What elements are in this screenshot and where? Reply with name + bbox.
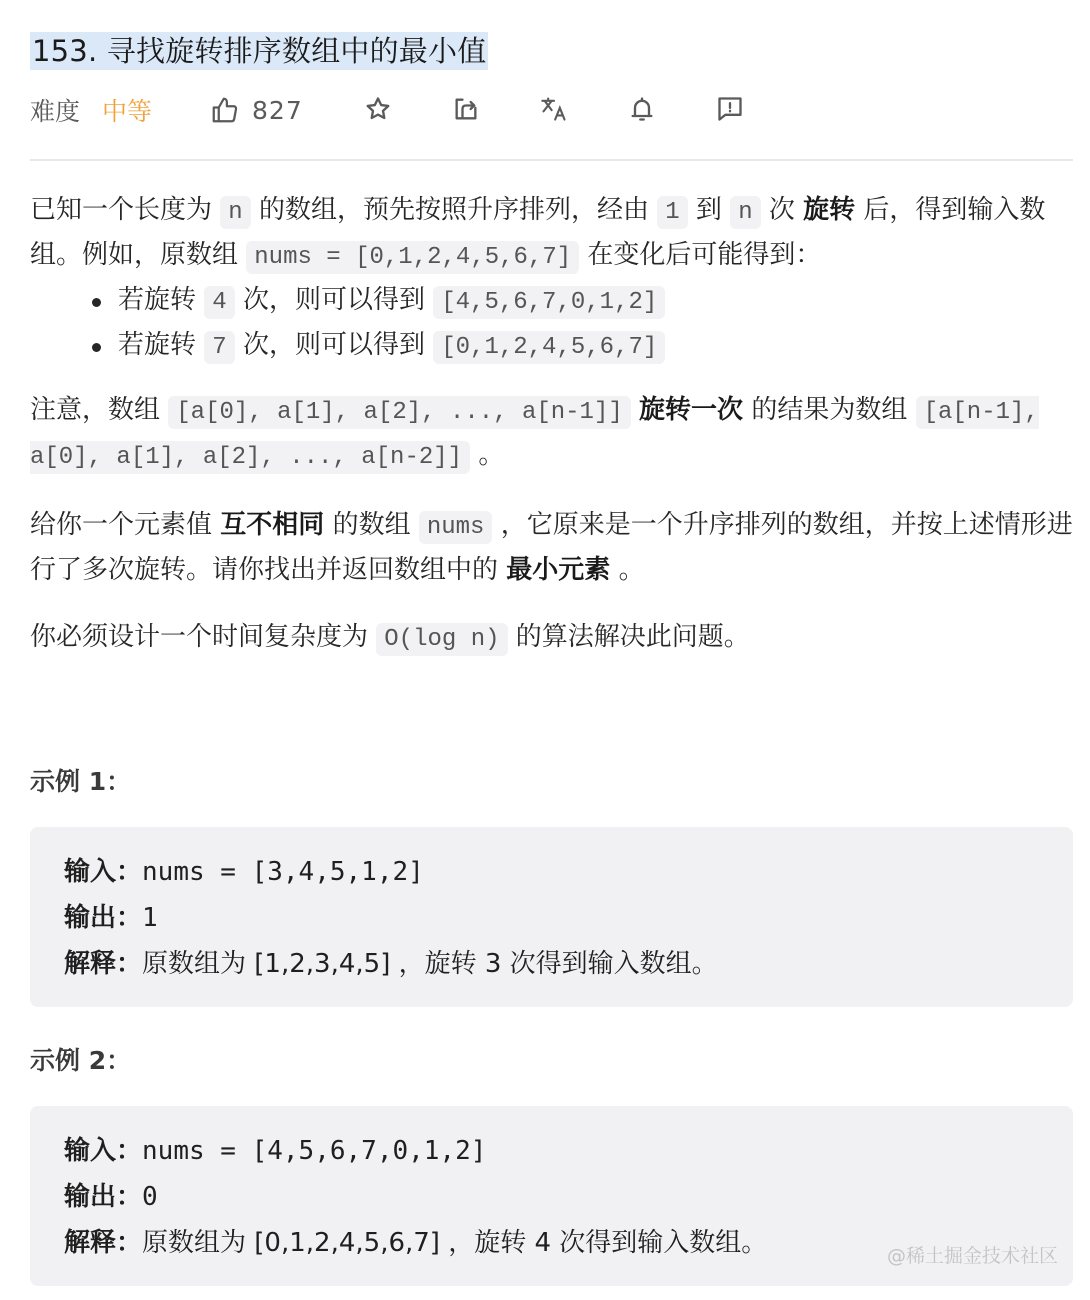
inline-code: nums [419, 511, 493, 544]
inline-code: O(log n) [376, 623, 507, 656]
text: 给你一个元素值 [30, 510, 212, 540]
favorite-button[interactable] [363, 94, 393, 124]
star-icon [364, 95, 392, 123]
input-label: 输入： [64, 1136, 142, 1166]
translate-icon [540, 95, 568, 123]
output-label: 输出： [64, 903, 142, 933]
explanation-label: 解释： [64, 949, 142, 979]
inline-code: n [730, 196, 760, 229]
text: 次，则可以得到 [243, 330, 425, 360]
input-label: 输入： [64, 857, 142, 887]
explanation-value: 原数组为 [1,2,3,4,5] ，旋转 3 次得到输入数组。 [142, 949, 718, 979]
header-divider [30, 159, 1073, 161]
rotation-examples-list: 若旋转 4 次，则可以得到 [4,5,6,7,0,1,2] 若旋转 7 次，则可… [30, 279, 1073, 369]
explanation-label: 解释： [64, 1228, 142, 1258]
bold-text: 旋转 [803, 195, 855, 225]
text: 注意，数组 [30, 395, 160, 425]
feedback-icon [716, 95, 744, 123]
input-value: nums = [3,4,5,1,2] [142, 857, 424, 887]
text: 在变化后可能得到： [587, 240, 821, 270]
text: 。 [478, 440, 504, 470]
output-value: 1 [142, 903, 158, 933]
difficulty-badge: 中等 [102, 92, 152, 128]
bold-text: 最小元素 [506, 555, 610, 585]
text: 的数组 [333, 510, 411, 540]
inline-code: 1 [657, 196, 687, 229]
bell-icon [628, 95, 656, 123]
text: 若旋转 [118, 330, 196, 360]
text: 的结果为数组 [751, 395, 907, 425]
example-explanation: 解释：原数组为 [1,2,3,4,5] ，旋转 3 次得到输入数组。 [64, 941, 1039, 987]
title-wrap: 153. 寻找旋转排序数组中的最小值 [30, 32, 488, 70]
share-icon [452, 95, 480, 123]
text: 已知一个长度为 [30, 195, 212, 225]
translate-button[interactable] [539, 94, 569, 124]
list-item: 若旋转 7 次，则可以得到 [0,1,2,4,5,6,7] [30, 324, 1073, 369]
description-paragraph-1: 已知一个长度为 n 的数组，预先按照升序排列，经由 1 到 n 次 旋转 后，得… [30, 189, 1073, 369]
example-output: 输出：0 [64, 1174, 1039, 1220]
input-value: nums = [4,5,6,7,0,1,2] [142, 1136, 486, 1166]
watermark: @稀土掘金技术社区 [887, 1241, 1058, 1268]
list-item: 若旋转 4 次，则可以得到 [4,5,6,7,0,1,2] [30, 279, 1073, 324]
description-paragraph-2: 注意，数组 [a[0], a[1], a[2], ..., a[n-1]] 旋转… [30, 389, 1073, 479]
inline-code: 4 [204, 286, 234, 319]
text: 到 [696, 195, 722, 225]
text: 的数组，预先按照升序排列，经由 [259, 195, 649, 225]
bold-text: 互不相同 [220, 510, 324, 540]
text: 的算法解决此问题。 [516, 622, 750, 652]
description-paragraph-4: 你必须设计一个时间复杂度为 O(log n) 的算法解决此问题。 [30, 616, 1073, 661]
inline-code: nums = [0,1,2,4,5,6,7] [246, 241, 579, 274]
output-label: 输出： [64, 1182, 142, 1212]
example-input: 输入：nums = [3,4,5,1,2] [64, 849, 1039, 895]
text: 。 [619, 555, 645, 585]
thumbs-up-icon [210, 95, 240, 125]
problem-meta: 难度 中等 827 [30, 90, 303, 130]
example-input: 输入：nums = [4,5,6,7,0,1,2] [64, 1128, 1039, 1174]
example-output: 输出：1 [64, 895, 1039, 941]
text: 你必须设计一个时间复杂度为 [30, 622, 368, 652]
text: 次，则可以得到 [243, 285, 425, 315]
like-count: 827 [252, 96, 303, 125]
text: 次 [769, 195, 795, 225]
text: 若旋转 [118, 285, 196, 315]
subscribe-button[interactable] [627, 94, 657, 124]
example-1-box: 输入：nums = [3,4,5,1,2] 输出：1 解释：原数组为 [1,2,… [30, 827, 1073, 1007]
example-2-title: 示例 2： [30, 1041, 131, 1077]
bold-text: 旋转一次 [639, 395, 743, 425]
example-1-title: 示例 1： [30, 762, 131, 798]
inline-code: [4,5,6,7,0,1,2] [433, 286, 665, 319]
like-button[interactable]: 827 [210, 95, 303, 125]
description-paragraph-3: 给你一个元素值 互不相同 的数组 nums ，它原来是一个升序排列的数组，并按上… [30, 504, 1073, 592]
inline-code: n [220, 196, 250, 229]
inline-code: 7 [204, 331, 234, 364]
inline-code: [0,1,2,4,5,6,7] [433, 331, 665, 364]
inline-code: [a[0], a[1], a[2], ..., a[n-1]] [168, 396, 630, 429]
problem-title[interactable]: 153. 寻找旋转排序数组中的最小值 [30, 32, 488, 70]
share-button[interactable] [451, 94, 481, 124]
output-value: 0 [142, 1182, 158, 1212]
difficulty-label: 难度 [30, 92, 80, 128]
feedback-button[interactable] [715, 94, 745, 124]
explanation-value: 原数组为 [0,1,2,4,5,6,7] ，旋转 4 次得到输入数组。 [142, 1228, 767, 1258]
